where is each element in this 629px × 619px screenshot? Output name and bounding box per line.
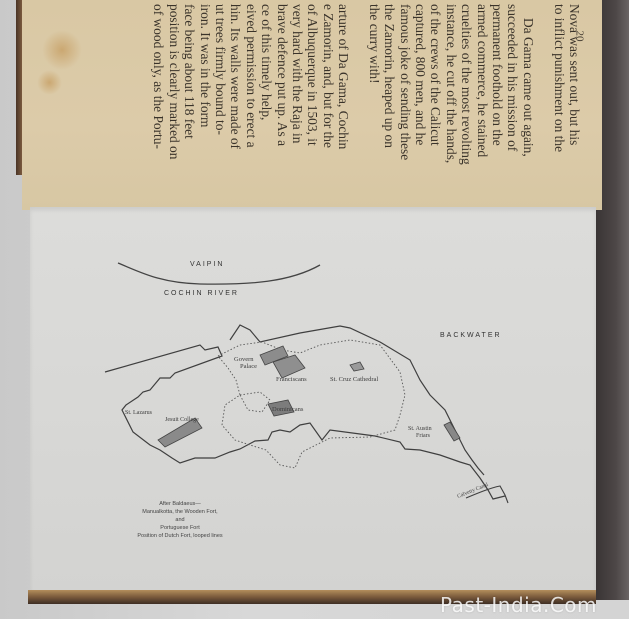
- label-st-austin-2: Friars: [416, 433, 431, 439]
- caption-line: Portuguese Fort: [100, 524, 260, 532]
- building-st-cruz: [350, 362, 364, 371]
- map-caption: After Baldaeus— Manualkotta, the Wooden …: [100, 500, 260, 540]
- label-st-austin: St. Austin: [408, 426, 432, 432]
- fort-cochin-map: VAIPIN COCHIN RIVER BACKWATER Govern Pal…: [0, 0, 629, 619]
- label-jesuit-college: Jesuit College: [165, 417, 199, 423]
- label-vaipin: VAIPIN: [190, 261, 224, 268]
- caption-line: and: [100, 516, 260, 524]
- label-governor-palace: Govern: [234, 356, 254, 363]
- caption-line: After Baldaeus—: [100, 500, 260, 508]
- label-cochin-river: COCHIN RIVER: [164, 290, 239, 297]
- building-st-austin: [444, 422, 460, 441]
- label-st-cruz: St. Cruz Cathedral: [330, 376, 378, 383]
- label-governor-palace-2: Palace: [240, 363, 257, 370]
- label-dominicans: Dominicans: [272, 406, 304, 413]
- caption-line: Position of Dutch Fort, looped lines: [100, 532, 260, 540]
- caption-line: Manualkotta, the Wooden Fort,: [100, 508, 260, 516]
- label-franciscans: Franciscans: [276, 376, 307, 383]
- watermark: Past-India.Com: [440, 593, 597, 617]
- label-backwater: BACKWATER: [440, 332, 502, 339]
- dutch-bastion: [240, 392, 270, 412]
- label-st-lazarus: St. Lazarus: [125, 410, 153, 416]
